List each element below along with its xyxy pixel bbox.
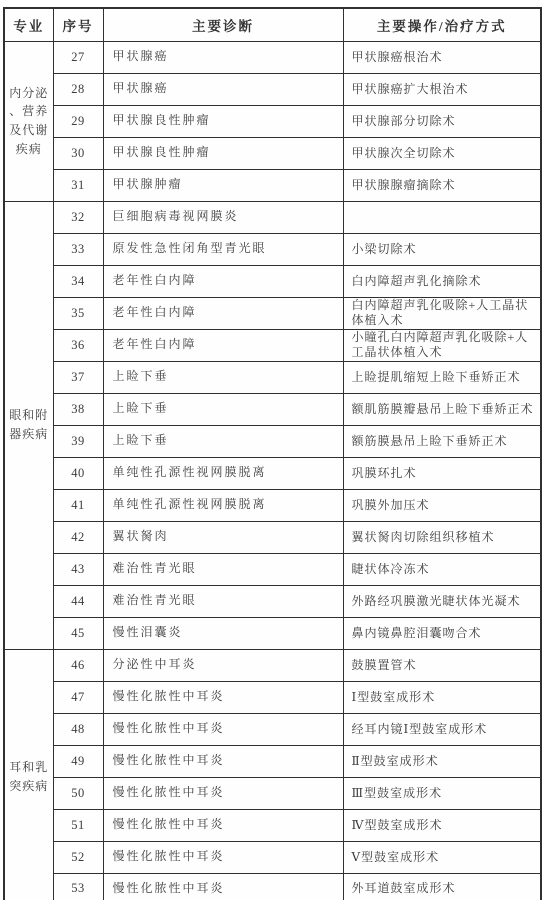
specialty-group-endocrine: 内分泌、营养及代谢疾病 [4,41,53,201]
specialty-group-ear: 耳和乳突疾病 [4,649,53,900]
table-row: 49 慢性化脓性中耳炎 Ⅱ型鼓室成形术 [4,745,541,777]
row-number: 38 [53,393,103,425]
operation-cell: 小瞳孔白内障超声乳化吸除+人工晶状体植入术 [343,329,541,361]
diagnosis-cell: 甲状腺良性肿瘤 [103,137,343,169]
row-number: 32 [53,201,103,233]
table-row: 31 甲状腺肿瘤 甲状腺腺瘤摘除术 [4,169,541,201]
table-row: 29 甲状腺良性肿瘤 甲状腺部分切除术 [4,105,541,137]
header-operation: 主要操作/治疗方式 [343,8,541,41]
header-specialty: 专业 [4,8,53,41]
row-number: 30 [53,137,103,169]
row-number: 41 [53,489,103,521]
row-number: 27 [53,41,103,73]
row-number: 45 [53,617,103,649]
diagnosis-cell: 上睑下垂 [103,393,343,425]
diagnosis-cell: 甲状腺癌 [103,41,343,73]
diagnosis-cell: 慢性化脓性中耳炎 [103,681,343,713]
diagnosis-cell: 甲状腺肿瘤 [103,169,343,201]
header-row: 专业 序号 主要诊断 主要操作/治疗方式 [4,8,541,41]
operation-cell: 巩膜环扎术 [343,457,541,489]
operation-cell: 鼓膜置管术 [343,649,541,681]
row-number: 36 [53,329,103,361]
row-number: 52 [53,841,103,873]
row-number: 43 [53,553,103,585]
diagnosis-cell: 单纯性孔源性视网膜脱离 [103,489,343,521]
diagnosis-cell: 难治性青光眼 [103,553,343,585]
table-row: 38 上睑下垂 额肌筋膜瓣悬吊上睑下垂矫正术 [4,393,541,425]
table-row: 28 甲状腺癌 甲状腺癌扩大根治术 [4,73,541,105]
operation-cell: 甲状腺部分切除术 [343,105,541,137]
diagnosis-cell: 巨细胞病毒视网膜炎 [103,201,343,233]
scanned-document-page: 专业 序号 主要诊断 主要操作/治疗方式 内分泌、营养及代谢疾病 27 甲状腺癌… [0,0,542,900]
table-row: 44 难治性青光眼 外路经巩膜激光睫状体光凝术 [4,585,541,617]
operation-cell: 经耳内镜Ⅰ型鼓室成形术 [343,713,541,745]
diagnosis-cell: 慢性化脓性中耳炎 [103,777,343,809]
diagnosis-cell: 慢性泪囊炎 [103,617,343,649]
table-row: 47 慢性化脓性中耳炎 Ⅰ型鼓室成形术 [4,681,541,713]
operation-cell: 小梁切除术 [343,233,541,265]
diagnosis-operation-table: 专业 序号 主要诊断 主要操作/治疗方式 内分泌、营养及代谢疾病 27 甲状腺癌… [3,7,542,900]
operation-cell: 额筋膜悬吊上睑下垂矫正术 [343,425,541,457]
operation-cell: Ⅳ型鼓室成形术 [343,809,541,841]
operation-cell: Ⅰ型鼓室成形术 [343,681,541,713]
table-row: 39 上睑下垂 额筋膜悬吊上睑下垂矫正术 [4,425,541,457]
diagnosis-cell: 翼状胬肉 [103,521,343,553]
diagnosis-cell: 慢性化脓性中耳炎 [103,841,343,873]
table-row: 耳和乳突疾病 46 分泌性中耳炎 鼓膜置管术 [4,649,541,681]
row-number: 46 [53,649,103,681]
row-number: 31 [53,169,103,201]
diagnosis-cell: 慢性化脓性中耳炎 [103,713,343,745]
operation-cell: 甲状腺癌根治术 [343,41,541,73]
table-row: 35 老年性白内障 白内障超声乳化吸除+人工晶状体植入术 [4,297,541,329]
operation-cell: 甲状腺腺瘤摘除术 [343,169,541,201]
row-number: 35 [53,297,103,329]
table-row: 37 上睑下垂 上睑提肌缩短上睑下垂矫正术 [4,361,541,393]
operation-cell: Ⅱ型鼓室成形术 [343,745,541,777]
row-number: 33 [53,233,103,265]
diagnosis-cell: 老年性白内障 [103,297,343,329]
diagnosis-cell: 慢性化脓性中耳炎 [103,873,343,900]
table-row: 40 单纯性孔源性视网膜脱离 巩膜环扎术 [4,457,541,489]
table-row: 33 原发性急性闭角型青光眼 小梁切除术 [4,233,541,265]
row-number: 47 [53,681,103,713]
diagnosis-cell: 上睑下垂 [103,361,343,393]
diagnosis-cell: 甲状腺癌 [103,73,343,105]
operation-cell: 额肌筋膜瓣悬吊上睑下垂矫正术 [343,393,541,425]
operation-cell: 白内障超声乳化摘除术 [343,265,541,297]
row-number: 37 [53,361,103,393]
table-row: 43 难治性青光眼 睫状体冷冻术 [4,553,541,585]
table-row: 36 老年性白内障 小瞳孔白内障超声乳化吸除+人工晶状体植入术 [4,329,541,361]
operation-cell: 白内障超声乳化吸除+人工晶状体植入术 [343,297,541,329]
table-row: 45 慢性泪囊炎 鼻内镜鼻腔泪囊吻合术 [4,617,541,649]
diagnosis-cell: 分泌性中耳炎 [103,649,343,681]
table-row: 30 甲状腺良性肿瘤 甲状腺次全切除术 [4,137,541,169]
row-number: 44 [53,585,103,617]
diagnosis-cell: 难治性青光眼 [103,585,343,617]
row-number: 51 [53,809,103,841]
operation-cell: Ⅴ型鼓室成形术 [343,841,541,873]
diagnosis-cell: 上睑下垂 [103,425,343,457]
diagnosis-cell: 慢性化脓性中耳炎 [103,745,343,777]
diagnosis-cell: 单纯性孔源性视网膜脱离 [103,457,343,489]
row-number: 40 [53,457,103,489]
operation-cell: 甲状腺次全切除术 [343,137,541,169]
table-row: 48 慢性化脓性中耳炎 经耳内镜Ⅰ型鼓室成形术 [4,713,541,745]
operation-cell: 鼻内镜鼻腔泪囊吻合术 [343,617,541,649]
table-row: 内分泌、营养及代谢疾病 27 甲状腺癌 甲状腺癌根治术 [4,41,541,73]
row-number: 50 [53,777,103,809]
table-row: 34 老年性白内障 白内障超声乳化摘除术 [4,265,541,297]
table-row: 52 慢性化脓性中耳炎 Ⅴ型鼓室成形术 [4,841,541,873]
diagnosis-cell: 老年性白内障 [103,265,343,297]
operation-cell: 翼状胬肉切除组织移植术 [343,521,541,553]
table-row: 41 单纯性孔源性视网膜脱离 巩膜外加压术 [4,489,541,521]
row-number: 48 [53,713,103,745]
operation-cell: 外路经巩膜激光睫状体光凝术 [343,585,541,617]
operation-cell: 上睑提肌缩短上睑下垂矫正术 [343,361,541,393]
row-number: 29 [53,105,103,137]
row-number: 49 [53,745,103,777]
diagnosis-cell: 甲状腺良性肿瘤 [103,105,343,137]
header-no: 序号 [53,8,103,41]
operation-cell: 外耳道鼓室成形术 [343,873,541,900]
row-number: 34 [53,265,103,297]
row-number: 39 [53,425,103,457]
specialty-group-eye: 眼和附器疾病 [4,201,53,649]
operation-cell: 甲状腺癌扩大根治术 [343,73,541,105]
table-row: 42 翼状胬肉 翼状胬肉切除组织移植术 [4,521,541,553]
table-row: 50 慢性化脓性中耳炎 Ⅲ型鼓室成形术 [4,777,541,809]
diagnosis-cell: 慢性化脓性中耳炎 [103,809,343,841]
table-row: 51 慢性化脓性中耳炎 Ⅳ型鼓室成形术 [4,809,541,841]
table-row: 眼和附器疾病 32 巨细胞病毒视网膜炎 [4,201,541,233]
table-row: 53 慢性化脓性中耳炎 外耳道鼓室成形术 [4,873,541,900]
operation-cell: Ⅲ型鼓室成形术 [343,777,541,809]
header-diagnosis: 主要诊断 [103,8,343,41]
row-number: 53 [53,873,103,900]
row-number: 42 [53,521,103,553]
operation-cell: 睫状体冷冻术 [343,553,541,585]
row-number: 28 [53,73,103,105]
diagnosis-cell: 原发性急性闭角型青光眼 [103,233,343,265]
operation-cell: 巩膜外加压术 [343,489,541,521]
diagnosis-cell: 老年性白内障 [103,329,343,361]
operation-cell [343,201,541,233]
